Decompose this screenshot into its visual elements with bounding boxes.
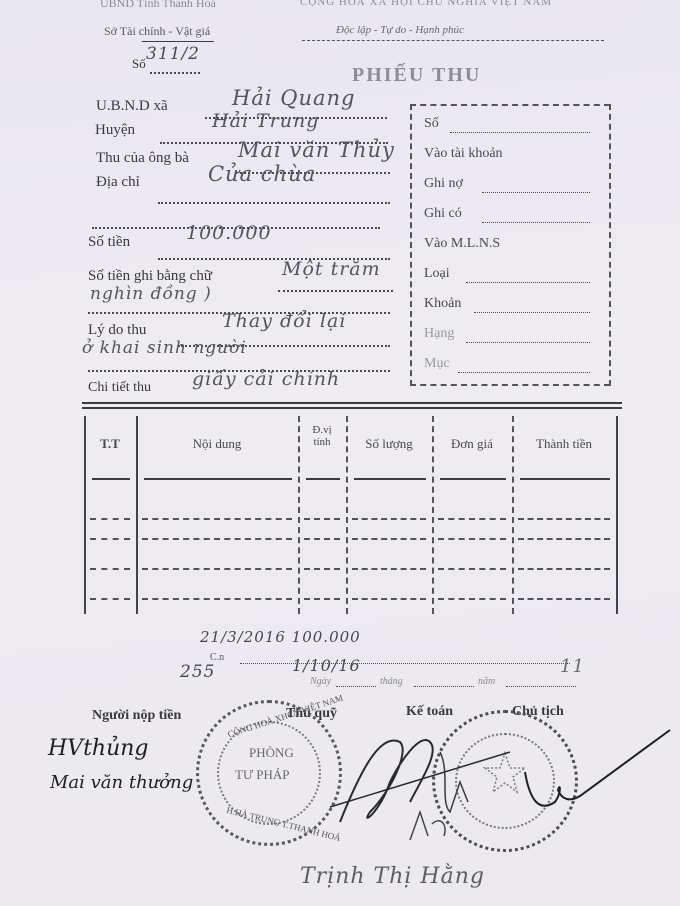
accounting-label: Vào tài khoản — [424, 146, 503, 162]
national-motto: Độc lập - Tự do - Hạnh phúc — [336, 24, 464, 36]
table-row-line — [518, 568, 610, 570]
motto-underline — [302, 40, 604, 41]
table-row-line — [304, 568, 340, 570]
receipt-paper: UBND Tỉnh Thanh Hoá Sở Tài chính - Vật g… — [0, 0, 680, 906]
table-row-line — [304, 538, 340, 540]
accounting-label: Ghi có — [424, 206, 462, 222]
table-row-line — [142, 518, 292, 520]
receipt-number-line — [150, 72, 200, 74]
table-row-line — [352, 518, 426, 520]
reason-value-1: Thay đổi lại — [222, 310, 346, 332]
table-header-underline — [354, 478, 426, 480]
accounting-box: SốVào tài khoảnGhi nợGhi cóVào M.L.N.SLo… — [410, 104, 610, 386]
detail-table: T.TNội dungĐ.vị tínhSố lượngĐơn giáThành… — [76, 402, 628, 632]
amount-value: 100.000 — [186, 222, 272, 244]
amount-label: Số tiền — [88, 234, 130, 251]
box-top — [410, 104, 610, 106]
table-column-divider — [616, 416, 618, 614]
district-value: Hải Trung — [212, 110, 319, 132]
reason-value-2: ở khai sinh người — [82, 338, 247, 358]
accounting-label: Số — [424, 116, 439, 132]
table-header-0: T.T — [84, 436, 136, 452]
agency-line-2: Sở Tài chính - Vật giá — [104, 24, 210, 39]
box-left — [410, 104, 412, 386]
date-year-value: 11 — [560, 656, 585, 677]
table-row-line — [304, 598, 340, 600]
reason-label: Lý do thu — [88, 322, 146, 339]
table-row-line — [90, 598, 130, 600]
date-month-label: tháng — [380, 676, 403, 687]
accounting-label: Loại — [424, 266, 450, 282]
amount-words-label: Số tiền ghi bằng chữ — [88, 268, 212, 285]
date-day-line — [336, 686, 376, 687]
table-header-2: Đ.vị tính — [298, 424, 346, 448]
district-label: Huyện — [95, 122, 135, 139]
commune-value: Hải Quang — [232, 86, 355, 110]
accounting-fill-line — [482, 222, 590, 223]
detail-label: Chi tiết thu — [88, 380, 151, 396]
address-value: Cửa chùa — [208, 162, 316, 186]
accounting-fill-line — [450, 132, 590, 133]
address-label: Địa chỉ — [96, 174, 140, 191]
box-right — [609, 104, 611, 386]
accounting-fill-line — [474, 312, 590, 313]
agency-underline — [142, 41, 214, 42]
table-header-1: Nội dung — [136, 436, 298, 452]
table-row-line — [142, 538, 292, 540]
table-header-underline — [440, 478, 506, 480]
accounting-label: Ghi nợ — [424, 176, 463, 192]
cn-line — [240, 663, 570, 664]
receipt-number-label: Số — [132, 56, 146, 72]
table-row-line — [304, 518, 340, 520]
commune-label: U.B.N.D xã — [96, 98, 168, 115]
receipt-number-value: 311/2 — [146, 44, 200, 64]
table-row-line — [438, 518, 506, 520]
payer-value: Mai văn Thủy — [238, 138, 395, 162]
table-top-rule-2 — [82, 407, 622, 409]
address-line — [158, 202, 390, 204]
signature-strokes-icon — [300, 712, 680, 852]
accounting-fill-line — [466, 342, 590, 343]
table-header-4: Đơn giá — [432, 436, 512, 452]
payer-label: Thu của ông bà — [96, 150, 189, 167]
payer-signature: HVthủng — [48, 736, 149, 761]
box-bottom — [410, 384, 610, 386]
table-row-line — [518, 598, 610, 600]
accounting-label: Mục — [424, 356, 450, 372]
printed-signatory-name: Trịnh Thị Hằng — [300, 864, 485, 889]
table-row-line — [518, 518, 610, 520]
date-year-label: năm — [478, 676, 495, 687]
payer-name-handwritten: Mai văn thưởng — [50, 772, 193, 793]
table-header-5: Thành tiền — [512, 436, 616, 452]
table-header-underline — [520, 478, 610, 480]
ref-date: 1/10/16 — [292, 656, 361, 675]
stamp-center-line-2: TƯ PHÁP — [235, 767, 290, 783]
table-top-rule-1 — [82, 402, 622, 404]
table-row-line — [438, 568, 506, 570]
table-header-underline — [306, 478, 340, 480]
date-day-label: Ngày — [310, 676, 331, 687]
payer-signature-label: Người nộp tiền — [92, 708, 181, 724]
accounting-label: Vào M.L.N.S — [424, 236, 500, 252]
amount-words-value-1: Một trăm — [282, 258, 381, 280]
date-note: 21/3/2016 100.000 — [200, 628, 361, 646]
table-row-line — [90, 538, 130, 540]
stamp-center-line-1: PHÒNG — [249, 745, 294, 761]
table-row-line — [90, 568, 130, 570]
accounting-label: Khoản — [424, 296, 461, 312]
accounting-label: Hạng — [424, 326, 454, 342]
table-row-line — [90, 518, 130, 520]
date-month-line — [414, 686, 474, 687]
national-title: CỘNG HOÀ XÃ HỘI CHỦ NGHĨA VIỆT NAM — [300, 0, 552, 8]
ref-number: 255 — [180, 662, 215, 682]
table-row-line — [142, 598, 292, 600]
table-header-3: Số lượng — [346, 436, 432, 452]
accounting-fill-line — [458, 372, 590, 373]
document-title: PHIẾU THU — [352, 64, 481, 87]
table-row-line — [352, 568, 426, 570]
accounting-fill-line — [466, 282, 590, 283]
agency-line-1: UBND Tỉnh Thanh Hoá — [100, 0, 216, 11]
detail-value: giấy cải chính — [192, 368, 340, 390]
table-header-underline — [92, 478, 130, 480]
table-row-line — [438, 538, 506, 540]
accounting-fill-line — [482, 192, 590, 193]
table-header-underline — [144, 478, 292, 480]
amount-words-line-1 — [278, 290, 393, 292]
table-row-line — [438, 598, 506, 600]
date-year-line — [506, 686, 576, 687]
table-row-line — [142, 568, 292, 570]
table-row-line — [352, 538, 426, 540]
amount-words-value-2: nghìn đồng ) — [90, 284, 212, 304]
table-row-line — [352, 598, 426, 600]
table-row-line — [518, 538, 610, 540]
